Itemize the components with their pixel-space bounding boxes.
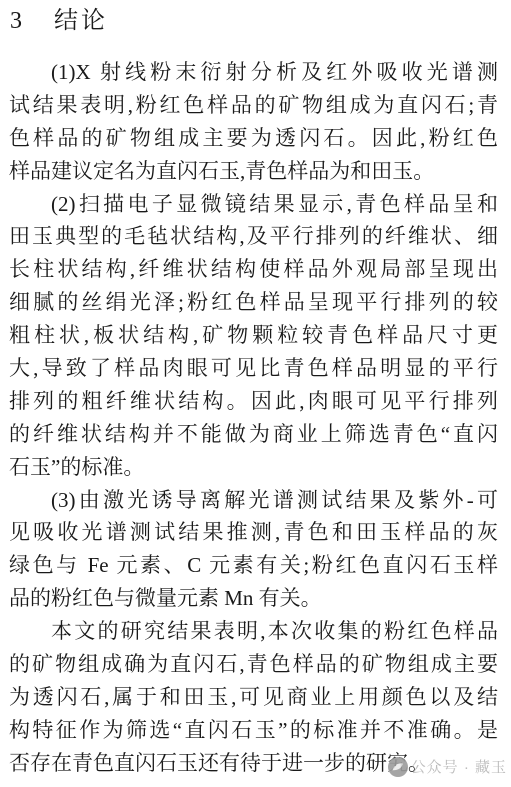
section-title: 结论 <box>54 6 108 36</box>
cangyu-logo-icon <box>388 757 408 777</box>
text-line: 排列的粗纤维状结构。因此,肉眼可见平行排列 <box>9 385 498 418</box>
watermark: 公众号 · 藏玉 <box>388 756 507 777</box>
text-line: 为透闪石,属于和田玉,可见商业上用颜色以及结 <box>9 681 498 714</box>
text-line: (2)扫描电子显微镜结果显示,青色样品呈和 <box>9 188 498 221</box>
text-line: 粗柱状,板状结构,矿物颗粒较青色样品尺寸更 <box>9 319 498 352</box>
text-line: 石玉”的标准。 <box>9 451 498 484</box>
text-line: 色样品的矿物组成主要为透闪石。因此,粉红色 <box>9 122 498 155</box>
section-heading: 3 结论 <box>10 6 108 36</box>
conclusion-body: (1)X 射线粉末衍射分析及红外吸收光谱测 试结果表明,粉红色样品的矿物组成为直… <box>9 56 498 780</box>
text-line: 的纤维状结构并不能做为商业上筛选青色“直闪 <box>9 418 498 451</box>
text-line: 长柱状结构,纤维状结构使样品外观局部呈现出 <box>9 253 498 286</box>
paper-page: 3 结论 (1)X 射线粉末衍射分析及红外吸收光谱测 试结果表明,粉红色样品的矿… <box>0 0 511 787</box>
text-line: 品的粉红色与微量元素 Mn 有关。 <box>9 582 498 615</box>
text-line: (3)由激光诱导离解光谱测试结果及紫外-可 <box>9 484 498 517</box>
watermark-text: 公众号 · 藏玉 <box>411 756 507 777</box>
text-line: 大,导致了样品肉眼可见比青色样品明显的平行 <box>9 352 498 385</box>
text-line: 绿色与 Fe 元素、C 元素有关;粉红色直闪石玉样 <box>9 549 498 582</box>
text-line: 的矿物组成确为直闪石,青色样品的矿物组成主要 <box>9 648 498 681</box>
text-line: 见吸收光谱测试结果推测,青色和田玉样品的灰 <box>9 516 498 549</box>
text-line: 本文的研究结果表明,本次收集的粉红色样品 <box>9 615 498 648</box>
text-line: 构特征作为筛选“直闪石玉”的标准并不准确。是 <box>9 714 498 747</box>
section-number: 3 <box>10 6 22 36</box>
text-line: 田玉典型的毛毡状结构,及平行排列的纤维状、细 <box>9 220 498 253</box>
text-line: 试结果表明,粉红色样品的矿物组成为直闪石;青 <box>9 89 498 122</box>
text-line: 细腻的丝绢光泽;粉红色样品呈现平行排列的较 <box>9 286 498 319</box>
text-line: 样品建议定名为直闪石玉,青色样品为和田玉。 <box>9 155 498 188</box>
text-line: (1)X 射线粉末衍射分析及红外吸收光谱测 <box>9 56 498 89</box>
